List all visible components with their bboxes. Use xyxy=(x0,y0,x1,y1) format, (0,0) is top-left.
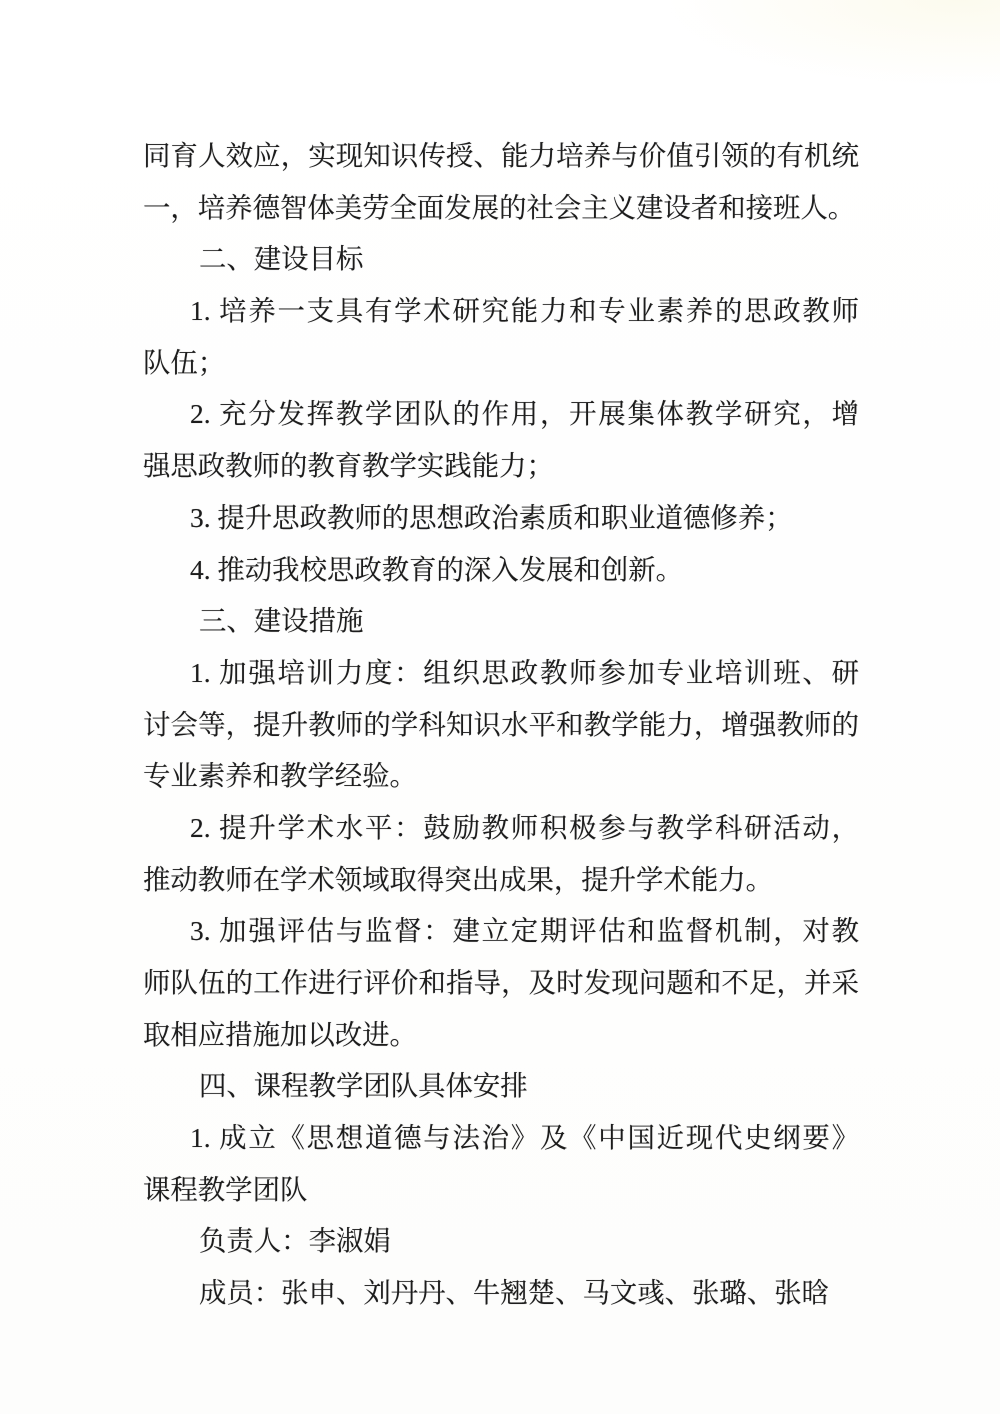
text-line: 四、课程教学团队具体安排 xyxy=(143,1061,859,1113)
text-line: 成员：张申、刘丹丹、牛翘楚、马文彧、张璐、张晗 xyxy=(143,1268,859,1320)
text-line: 2. 提升学术水平：鼓励教师积极参与教学科研活动， xyxy=(143,803,859,855)
text-line: 三、建设措施 xyxy=(143,596,859,648)
text-line: 强思政教师的教育教学实践能力； xyxy=(143,441,859,493)
text-line: 队伍； xyxy=(143,338,859,390)
text-line: 师队伍的工作进行评价和指导，及时发现问题和不足，并采 xyxy=(143,958,859,1010)
text-line: 1. 成立《思想道德与法治》及《中国近现代史纲要》 xyxy=(143,1113,859,1165)
text-line: 讨会等，提升教师的学科知识水平和教学能力，增强教师的 xyxy=(143,700,859,752)
text-line: 二、建设目标 xyxy=(143,234,859,286)
text-line: 同育人效应，实现知识传授、能力培养与价值引领的有机统 xyxy=(143,131,859,183)
text-line: 1. 培养一支具有学术研究能力和专业素养的思政教师 xyxy=(143,286,859,338)
text-line: 一，培养德智体美劳全面发展的社会主义建设者和接班人。 xyxy=(143,183,859,235)
text-line: 4. 推动我校思政教育的深入发展和创新。 xyxy=(143,545,859,597)
text-line: 3. 加强评估与监督：建立定期评估和监督机制，对教 xyxy=(143,906,859,958)
text-line: 1. 加强培训力度：组织思政教师参加专业培训班、研 xyxy=(143,648,859,700)
text-line: 取相应措施加以改进。 xyxy=(143,1010,859,1062)
text-line: 2. 充分发挥教学团队的作用，开展集体教学研究，增 xyxy=(143,389,859,441)
text-line: 负责人：李淑娟 xyxy=(143,1216,859,1268)
document-page: 同育人效应，实现知识传授、能力培养与价值引领的有机统一，培养德智体美劳全面发展的… xyxy=(0,0,1000,1414)
text-line: 专业素养和教学经验。 xyxy=(143,751,859,803)
document-body: 同育人效应，实现知识传授、能力培养与价值引领的有机统一，培养德智体美劳全面发展的… xyxy=(143,131,859,1320)
text-line: 课程教学团队 xyxy=(143,1165,859,1217)
text-line: 3. 提升思政教师的思想政治素质和职业道德修养； xyxy=(143,493,859,545)
text-line: 推动教师在学术领域取得突出成果，提升学术能力。 xyxy=(143,855,859,907)
